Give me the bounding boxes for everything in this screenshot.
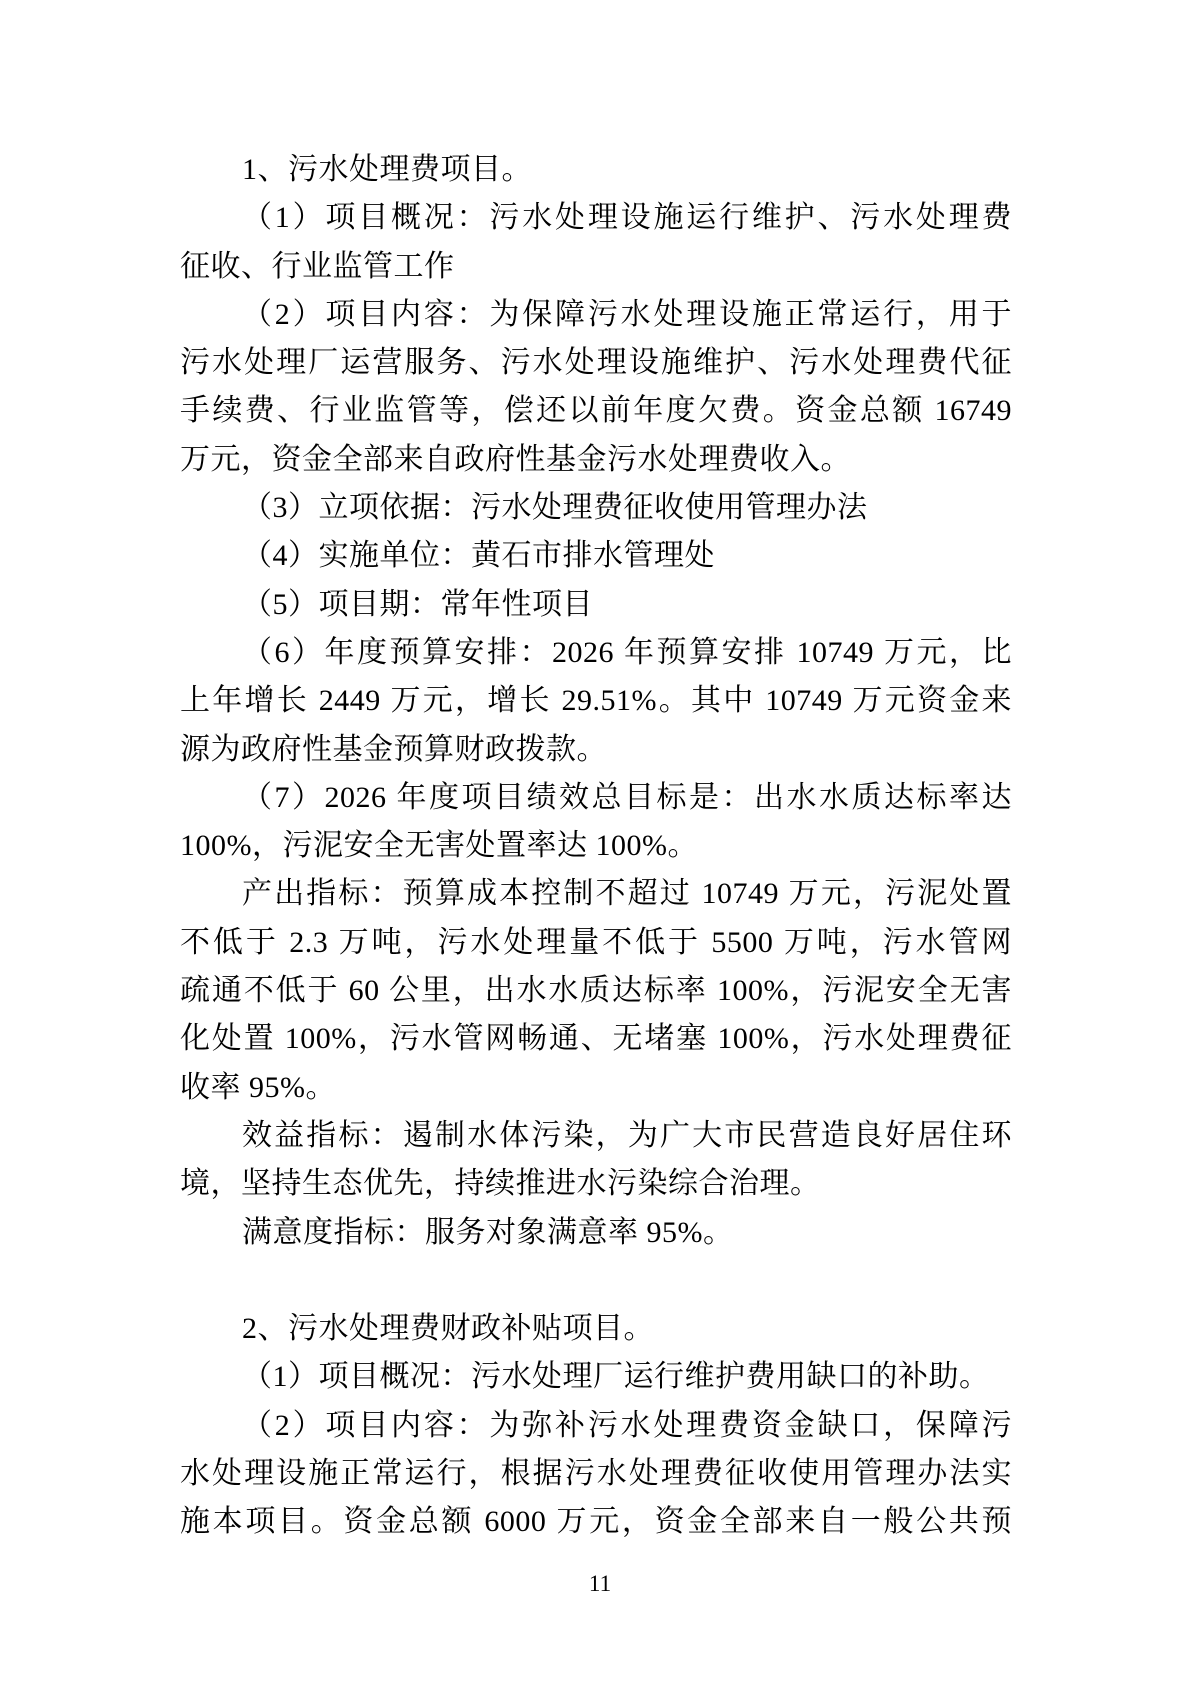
paragraph: （1）项目概况：污水处理设施运行维护、污水处理费征收、行业监管工作 — [180, 194, 1012, 291]
text-line: 100%，污泥安全无害处置率达 100%。 — [180, 822, 1012, 870]
text-line: 收率 95%。 — [180, 1064, 1012, 1112]
text-line: （4）实施单位：黄石市排水管理处 — [180, 532, 1012, 580]
page-footer: 11 — [0, 1570, 1200, 1598]
paragraph: （1）项目概况：污水处理厂运行维护费用缺口的补助。 — [180, 1353, 1012, 1401]
text-line: 疏通不低于 60 公里，出水水质达标率 100%，污泥安全无害 — [180, 967, 1012, 1015]
document-page: 1、污水处理费项目。（1）项目概况：污水处理设施运行维护、污水处理费征收、行业监… — [0, 0, 1200, 1697]
text-line: （2）项目内容：为弥补污水处理费资金缺口，保障污 — [180, 1402, 1012, 1450]
paragraph: 1、污水处理费项目。 — [180, 146, 1012, 194]
text-line: 满意度指标：服务对象满意率 95%。 — [180, 1209, 1012, 1257]
text-line: 手续费、行业监管等，偿还以前年度欠费。资金总额 16749 — [180, 387, 1012, 435]
text-line: 产出指标：预算成本控制不超过 10749 万元，污泥处置 — [180, 870, 1012, 918]
text-line: （1）项目概况：污水处理厂运行维护费用缺口的补助。 — [180, 1353, 1012, 1401]
text-line: 施本项目。资金总额 6000 万元，资金全部来自一般公共预 — [180, 1498, 1012, 1546]
paragraph: （6）年度预算安排：2026 年预算安排 10749 万元，比上年增长 2449… — [180, 629, 1012, 774]
text-line: 2、污水处理费财政补贴项目。 — [180, 1305, 1012, 1353]
paragraph: （4）实施单位：黄石市排水管理处 — [180, 532, 1012, 580]
text-line: 万元，资金全部来自政府性基金污水处理费收入。 — [180, 436, 1012, 484]
text-line: 化处置 100%，污水管网畅通、无堵塞 100%，污水处理费征 — [180, 1015, 1012, 1063]
text-line: （7）2026 年度项目绩效总目标是：出水水质达标率达 — [180, 774, 1012, 822]
text-line: 征收、行业监管工作 — [180, 243, 1012, 291]
text-line: 境，坚持生态优先，持续推进水污染综合治理。 — [180, 1160, 1012, 1208]
paragraph: （2）项目内容：为保障污水处理设施正常运行，用于污水处理厂运营服务、污水处理设施… — [180, 291, 1012, 484]
text-line: （1）项目概况：污水处理设施运行维护、污水处理费 — [180, 194, 1012, 242]
text-line: 效益指标：遏制水体污染，为广大市民营造良好居住环 — [180, 1112, 1012, 1160]
paragraph: 效益指标：遏制水体污染，为广大市民营造良好居住环境，坚持生态优先，持续推进水污染… — [180, 1112, 1012, 1209]
paragraph: （2）项目内容：为弥补污水处理费资金缺口，保障污水处理设施正常运行，根据污水处理… — [180, 1402, 1012, 1547]
text-line: 污水处理厂运营服务、污水处理设施维护、污水处理费代征 — [180, 339, 1012, 387]
paragraph: （5）项目期：常年性项目 — [180, 581, 1012, 629]
text-line: （3）立项依据：污水处理费征收使用管理办法 — [180, 484, 1012, 532]
text-line: （5）项目期：常年性项目 — [180, 581, 1012, 629]
paragraph: 满意度指标：服务对象满意率 95%。 — [180, 1209, 1012, 1257]
paragraph: 产出指标：预算成本控制不超过 10749 万元，污泥处置不低于 2.3 万吨，污… — [180, 870, 1012, 1111]
text-line: （6）年度预算安排：2026 年预算安排 10749 万元，比 — [180, 629, 1012, 677]
document-body: 1、污水处理费项目。（1）项目概况：污水处理设施运行维护、污水处理费征收、行业监… — [180, 146, 1012, 1547]
paragraph: 2、污水处理费财政补贴项目。 — [180, 1305, 1012, 1353]
paragraph: （7）2026 年度项目绩效总目标是：出水水质达标率达100%，污泥安全无害处置… — [180, 774, 1012, 871]
text-line: 水处理设施正常运行，根据污水处理费征收使用管理办法实 — [180, 1450, 1012, 1498]
text-line: 1、污水处理费项目。 — [180, 146, 1012, 194]
text-line: 源为政府性基金预算财政拨款。 — [180, 726, 1012, 774]
paragraph: （3）立项依据：污水处理费征收使用管理办法 — [180, 484, 1012, 532]
blank-line — [180, 1257, 1012, 1305]
text-line: （2）项目内容：为保障污水处理设施正常运行，用于 — [180, 291, 1012, 339]
text-line: 上年增长 2449 万元，增长 29.51%。其中 10749 万元资金来 — [180, 677, 1012, 725]
page-number: 11 — [589, 1571, 611, 1596]
text-line: 不低于 2.3 万吨，污水处理量不低于 5500 万吨，污水管网 — [180, 919, 1012, 967]
